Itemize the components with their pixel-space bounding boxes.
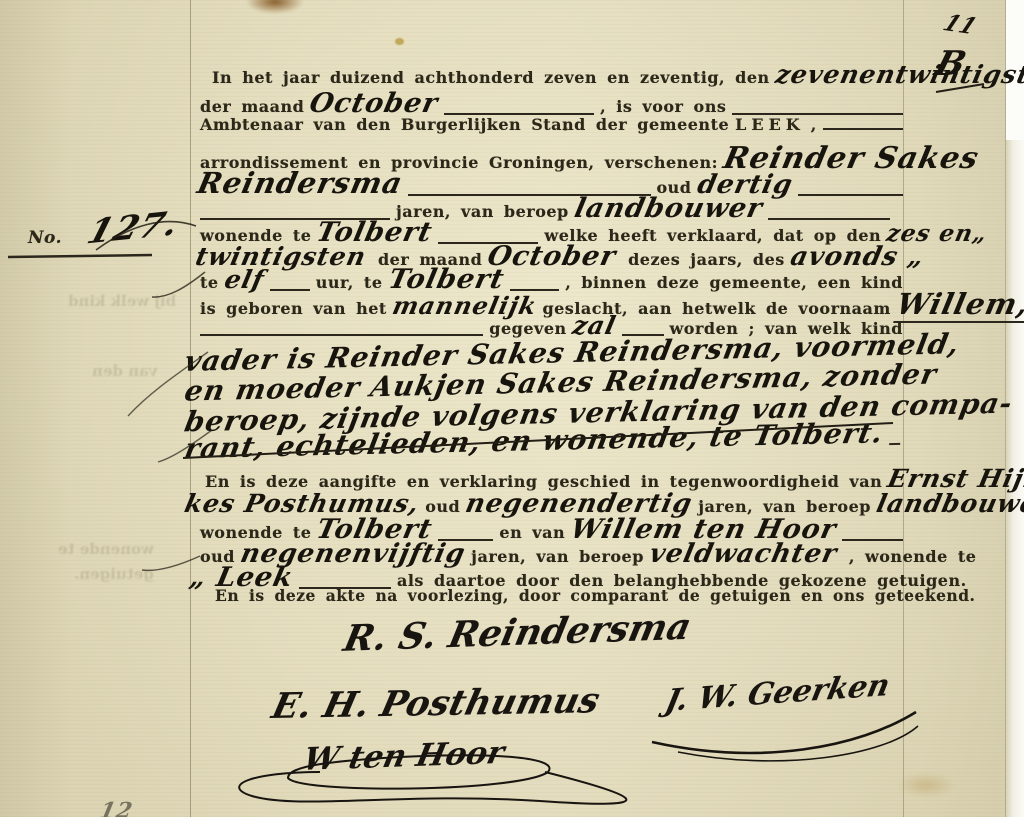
line-closing: En is deze akte na voorlezing, door comp… xyxy=(215,586,975,605)
ink-stain xyxy=(246,0,304,14)
act-number: 127. xyxy=(82,204,184,253)
bleedthrough-text: getuigen. xyxy=(74,565,154,583)
bottom-margin-mark: 12 xyxy=(97,798,135,817)
handwritten-rule xyxy=(889,439,900,445)
signature-registrar: J. W. Geerken xyxy=(662,668,893,719)
bleedthrough-text: van den xyxy=(92,362,158,380)
printed-closing-statement: En is deze akte na voorlezing, door comp… xyxy=(215,586,975,605)
printed-official-text: Ambtenaar van den Burgerlijken Stand der… xyxy=(200,115,729,134)
bleedthrough-text: bij welk kind xyxy=(68,292,176,310)
signature-declarant: R. S. Reindersma xyxy=(340,606,695,660)
bleedthrough-text: wonende te xyxy=(58,540,154,558)
line-year: In het jaar duizend achthonderd zeven en… xyxy=(212,60,1024,89)
page-number: 11 xyxy=(939,10,982,40)
paper-spot xyxy=(395,38,404,45)
fill-rule xyxy=(823,124,903,130)
printed-before-us: , is voor ons xyxy=(600,97,726,116)
fill-rule xyxy=(200,330,483,336)
act-number-label: No. xyxy=(28,228,62,248)
printed-month-label: der maand xyxy=(200,97,304,116)
municipality-name: LEEK xyxy=(735,115,805,134)
line-official: Ambtenaar van den Burgerlijken Stand der… xyxy=(200,115,903,134)
entry-day-of-month: zevenentwintigsten xyxy=(773,60,1024,89)
signature-witness1: E. H. Posthumus xyxy=(268,680,604,727)
birth-certificate-scan: { "page": { "number": "11", "corner_mark… xyxy=(0,0,1024,817)
printed-comma: , xyxy=(811,115,817,134)
printed-year-text: In het jaar duizend achthonderd zeven en… xyxy=(212,68,770,87)
paper-smudge xyxy=(896,772,956,798)
signature-witness2: W ten Hoor xyxy=(300,735,508,778)
printed-given: gegeven xyxy=(489,319,566,338)
child-first-name: Willem, xyxy=(893,287,1024,323)
